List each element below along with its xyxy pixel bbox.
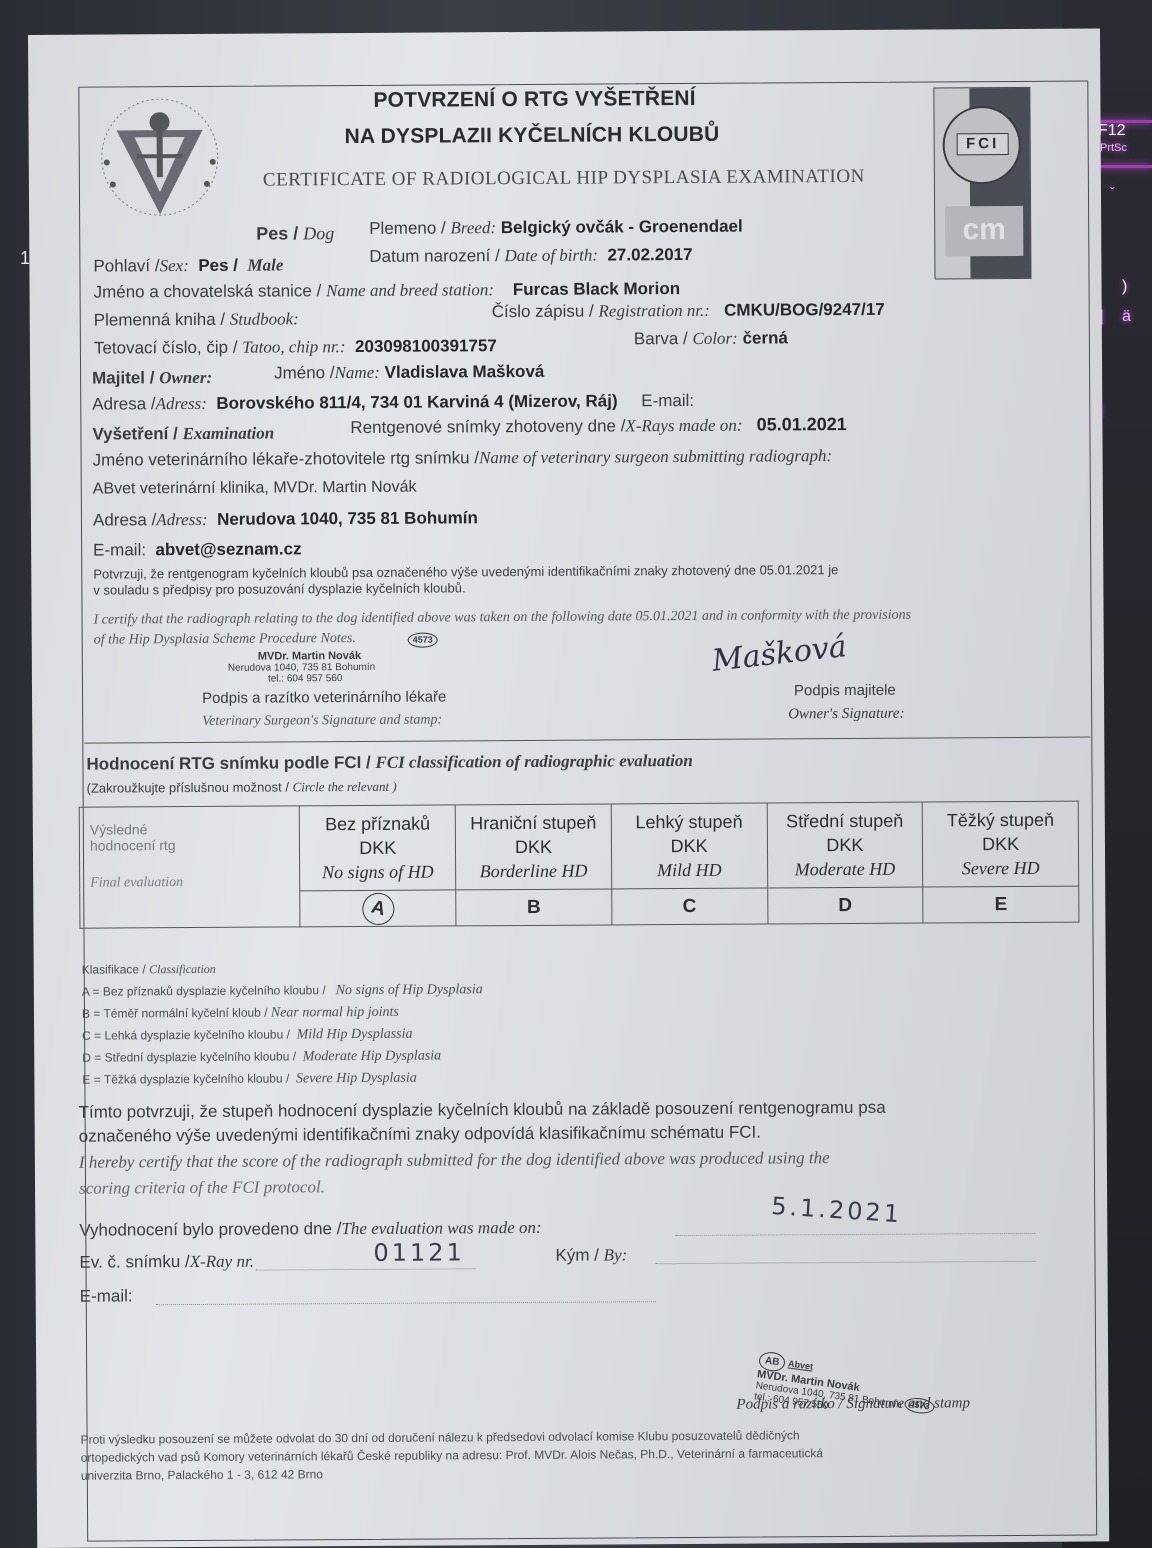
vet-stamp: MVDr. Martin Novák Nerudova 1040, 735 81…	[228, 651, 376, 685]
vet-email-value: abvet@seznam.cz	[155, 539, 301, 559]
dob-value: 27.02.2017	[607, 245, 692, 265]
vet-name-value: ABvet veterinární klinika, MVDr. Martin …	[93, 479, 417, 499]
registration-value: CMKU/BOG/9247/17	[724, 300, 885, 320]
vet-email-row: E-mail: abvet@seznam.cz	[93, 539, 302, 560]
grade-header-d: Střední stupeňDKKModerate HD	[767, 802, 923, 888]
fci-logo: FCI cm	[933, 87, 1031, 280]
xray-date-value: 05.01.2021	[757, 414, 847, 435]
classification-item: A = Bez příznaků dysplazie kyčelního klo…	[82, 982, 483, 1000]
owner-row: Majitel / Owner:	[92, 368, 212, 389]
owner-name-value: Vladislava Mašková	[385, 362, 545, 382]
color-value: černá	[742, 328, 787, 347]
breed-row: Plemeno / Breed: Belgický ovčák - Groene…	[369, 217, 743, 239]
grade-header-c: Lehký stupeňDKKMild HD	[611, 803, 767, 889]
xray-nr-value: 01121	[373, 1238, 465, 1267]
grade-b[interactable]: B	[456, 889, 612, 926]
exam-section-label: Vyšetření / Examination	[92, 424, 274, 445]
evaluation-table: Výsledné hodnocení rtg Final evaluation …	[79, 801, 1080, 929]
by-label: Kým / By:	[555, 1245, 627, 1265]
grade-c[interactable]: C	[612, 888, 768, 925]
vet-signature-label-en: Veterinary Surgeon's Signature and stamp…	[202, 712, 442, 729]
evaluation-title: Hodnocení RTG snímku podle FCI / FCI cla…	[86, 751, 693, 775]
name-row: Jméno a chovatelská stanice / Name and b…	[94, 279, 681, 303]
dog-section-label: Pes / Dog	[256, 223, 334, 244]
xray-date-row: Rentgenové snímky zhotoveny dne /X-Rays …	[350, 414, 846, 438]
grade-header-e: Těžký stupeňDKKSevere HD	[922, 801, 1078, 887]
vet-address-value: Nerudova 1040, 735 81 Bohumín	[217, 508, 478, 529]
owner-signature-label-en: Owner's Signature:	[788, 706, 905, 724]
grade-header-b: Hraniční stupeňDKKBorderline HD	[455, 804, 611, 890]
key-a-umlaut: ä	[1122, 308, 1131, 326]
chip-row: Tetovací číslo, čip / Tatoo, chip nr.: 2…	[94, 336, 497, 358]
xray-nr-label: Ev. č. snímku /X-Ray nr.	[79, 1252, 254, 1273]
grade-a-circled: A	[359, 889, 398, 928]
dob-row: Datum narození / Date of birth: 27.02.20…	[369, 245, 692, 267]
fci-globe-icon: FCI	[942, 106, 1020, 184]
cmku-logo-icon: cm	[945, 206, 1023, 256]
key-f12: F12	[1098, 122, 1126, 140]
key-prtsc: PrtSc	[1100, 142, 1127, 154]
classification-item: C = Lehká dysplazie kyčelního kloubu / M…	[82, 1027, 412, 1045]
classification-item: E = Těžká dysplazie kyčelního kloubu / S…	[82, 1071, 416, 1089]
evaluation-date-label: Vyhodnocení bylo provedeno dne /The eval…	[79, 1218, 541, 1241]
grade-header-a: Bez příznakůDKKNo signs of HD	[300, 805, 456, 891]
key-paren: )	[1122, 278, 1127, 296]
certification-en-line-2: scoring criteria of the FCI protocol.	[79, 1177, 325, 1199]
vet-address-row: Adresa /Adress: Nerudova 1040, 735 81 Bo…	[93, 508, 478, 530]
sex-row: Pohlaví /Sex: Pes / Male	[93, 255, 283, 276]
subtitle: CERTIFICATE OF RADIOLOGICAL HIP DYSPLASI…	[263, 166, 865, 192]
breed-value: Belgický ovčák - Groenendael	[501, 217, 743, 237]
confirm-en-line-2: of the Hip Dysplasia Scheme Procedure No…	[94, 631, 356, 649]
grade-d[interactable]: D	[767, 887, 923, 924]
studbook-row: Plemenná kniha / Studbook:	[94, 309, 299, 330]
key-caron: ˇ	[1110, 184, 1115, 200]
owner-address-row: Adresa /Adress: Borovského 811/4, 734 01…	[92, 391, 694, 415]
owner-email-label: E-mail:	[641, 391, 694, 410]
color-row: Barva / Color: černá	[634, 328, 788, 349]
evaluation-instruction: (Zakroužkujte příslušnou možnost / Circl…	[87, 779, 397, 797]
footer-line-3: univerzita Brno, Palackého 1 - 3, 612 42…	[81, 1467, 323, 1482]
registration-row: Číslo zápisu / Registration nr.: CMKU/BO…	[492, 300, 885, 322]
grade-a[interactable]: A	[300, 890, 456, 927]
evaluator-signature-label: Podpis a razítko / Signature and stamp	[736, 1395, 970, 1413]
title-line-1: POTVRZENÍ O RTG VYŠETŘENÍ	[373, 87, 696, 113]
dog-name-value: Furcas Black Morion	[513, 279, 680, 299]
email-label: E-mail:	[80, 1286, 133, 1306]
final-evaluation-label: Výsledné hodnocení rtg Final evaluation	[79, 806, 300, 928]
owner-signature-label-cz: Podpis majitele	[794, 682, 896, 700]
classification-item: D = Střední dysplazie kyčelního kloubu /…	[82, 1048, 441, 1066]
grade-e[interactable]: E	[923, 886, 1079, 923]
chip-value: 203098100391757	[355, 336, 497, 356]
vet-chamber-logo-icon	[94, 92, 225, 223]
owner-name-row: Jméno /Name: Vladislava Mašková	[274, 362, 544, 384]
confirm-cz-line-2: v souladu s předpisy pro posuzování dysp…	[93, 580, 465, 597]
classification-title: Klasifikace / Classification	[82, 962, 216, 978]
classification-item: B = Téměř normální kyčelní kloub / Near …	[82, 1005, 399, 1023]
certificate-paper: POTVRZENÍ O RTG VYŠETŘENÍ NA DYSPLAZII K…	[28, 28, 1109, 1548]
owner-address-value: Borovského 811/4, 734 01 Karviná 4 (Mize…	[216, 391, 617, 412]
title-line-2: NA DYSPLAZII KYČELNÍCH KLOUBŮ	[345, 123, 720, 149]
certification-cz-line-2: označeného výše uvedenými identifikačním…	[79, 1123, 761, 1147]
vet-signature-label-cz: Podpis a razítko veterinárního lékaře	[202, 688, 446, 706]
